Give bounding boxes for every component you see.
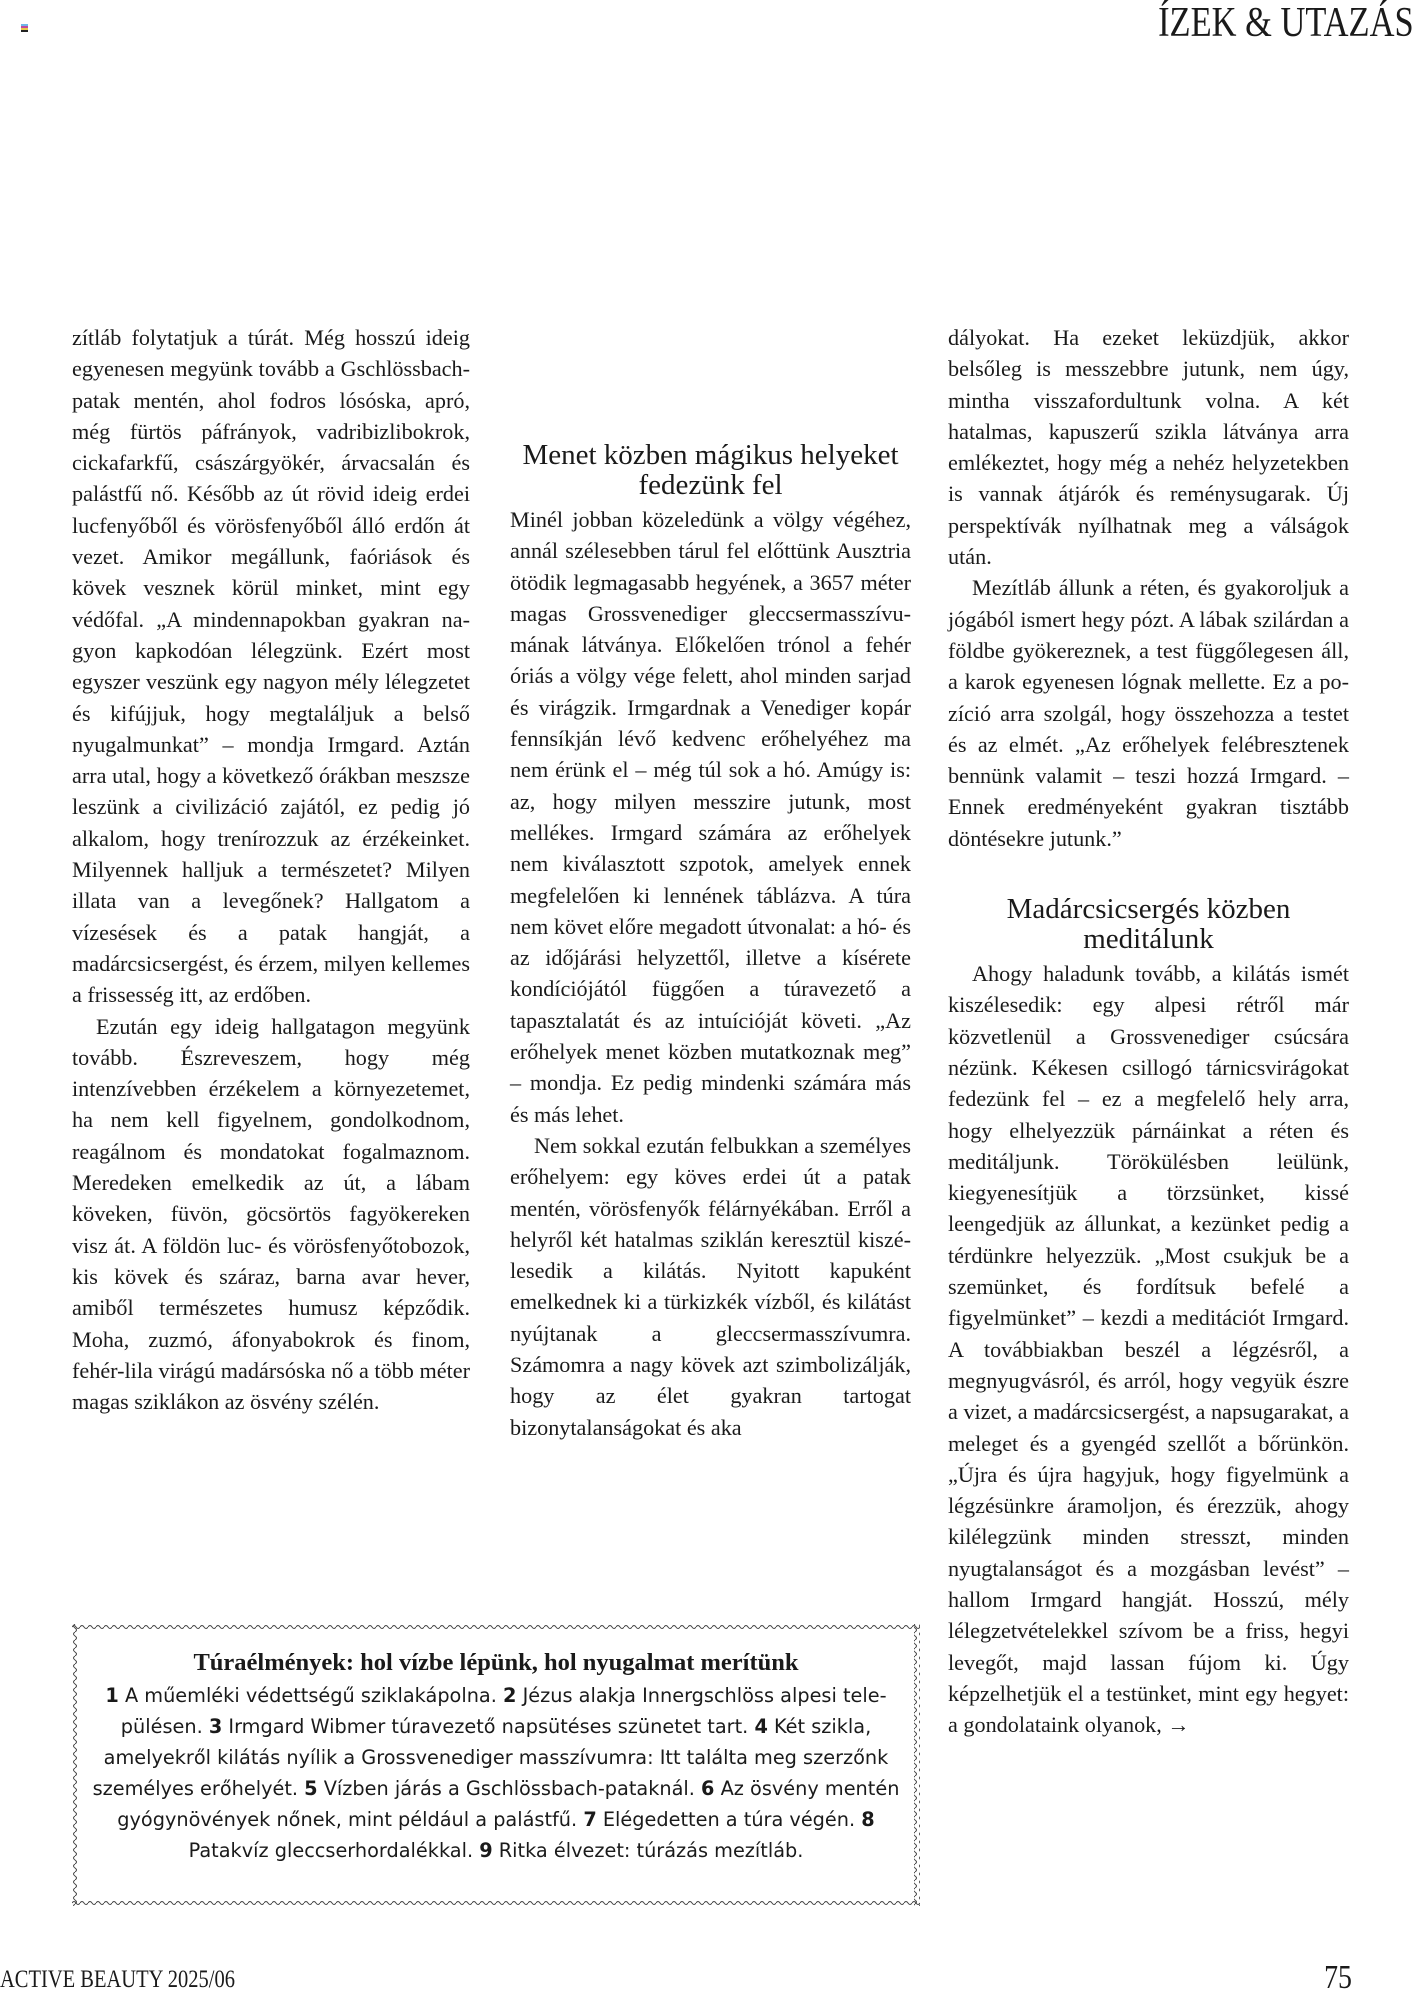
caption-text: 1 A műemléki védettségű sziklakápolna. 2… <box>86 1680 906 1866</box>
caption-number: 5 <box>304 1777 317 1800</box>
caption-number: 6 <box>701 1777 714 1800</box>
paragraph: zítláb folytatjuk a túrát. Még hosszú id… <box>72 322 470 1011</box>
article-column-3: dályokat. Ha ezeket leküzdjük, ak­kor be… <box>948 322 1349 1740</box>
caption-item: A műemléki védettségű sziklakápolna. <box>125 1684 497 1707</box>
caption-number: 3 <box>209 1715 222 1738</box>
print-color-mark <box>21 24 28 34</box>
photo-caption-box: Túraélmények: hol vízbe lépünk, hol nyug… <box>80 1648 912 1866</box>
paragraph: Minél jobban közeledünk a völgy végéhez,… <box>510 504 911 1130</box>
caption-number: 2 <box>503 1684 516 1707</box>
caption-title: Túraélmények: hol vízbe lépünk, hol nyug… <box>80 1648 912 1678</box>
caption-number: 8 <box>861 1808 874 1831</box>
caption-number: 4 <box>754 1715 767 1738</box>
caption-item: Vízben járás a Gschlössbach-pataknál. <box>324 1777 695 1800</box>
caption-item: Irmgard Wibmer túravezető napsütéses szü… <box>228 1715 748 1738</box>
caption-number: 9 <box>479 1839 492 1862</box>
caption-item: Elégedetten a túra végén. <box>603 1808 855 1831</box>
caption-item: Ritka élvezet: túrázás mezítláb. <box>499 1839 804 1862</box>
subheading: Menet közben mágikus helyeket fedezünk f… <box>510 440 911 500</box>
paragraph: Mezítláb állunk a réten, és gyako­roljuk… <box>948 572 1349 854</box>
article-column-2: Menet közben mágikus helyeket fedezünk f… <box>510 440 911 1443</box>
section-label: ÍZEK & UTAZÁS <box>1158 0 1414 46</box>
caption-item: Patakvíz gleccserhordalékkal. <box>189 1839 473 1862</box>
magazine-issue: ACTIVE BEAUTY 2025/06 <box>0 1966 235 1994</box>
caption-number: 7 <box>583 1808 596 1831</box>
paragraph: Ezután egy ideig hallgatagon me­gyünk to… <box>72 1011 470 1418</box>
subheading: Madárcsicsergés közben meditálunk <box>948 894 1349 954</box>
paragraph: Nem sokkal ezután felbukkan a személyes … <box>510 1130 911 1443</box>
page-number: 75 <box>1324 1960 1352 1996</box>
paragraph: Ahogy haladunk tovább, a kilá­tás ismét … <box>948 958 1349 1740</box>
article-column-1: zítláb folytatjuk a túrát. Még hosszú id… <box>72 322 470 1417</box>
paragraph: dályokat. Ha ezeket leküzdjük, ak­kor be… <box>948 322 1349 572</box>
caption-number: 1 <box>105 1684 118 1707</box>
